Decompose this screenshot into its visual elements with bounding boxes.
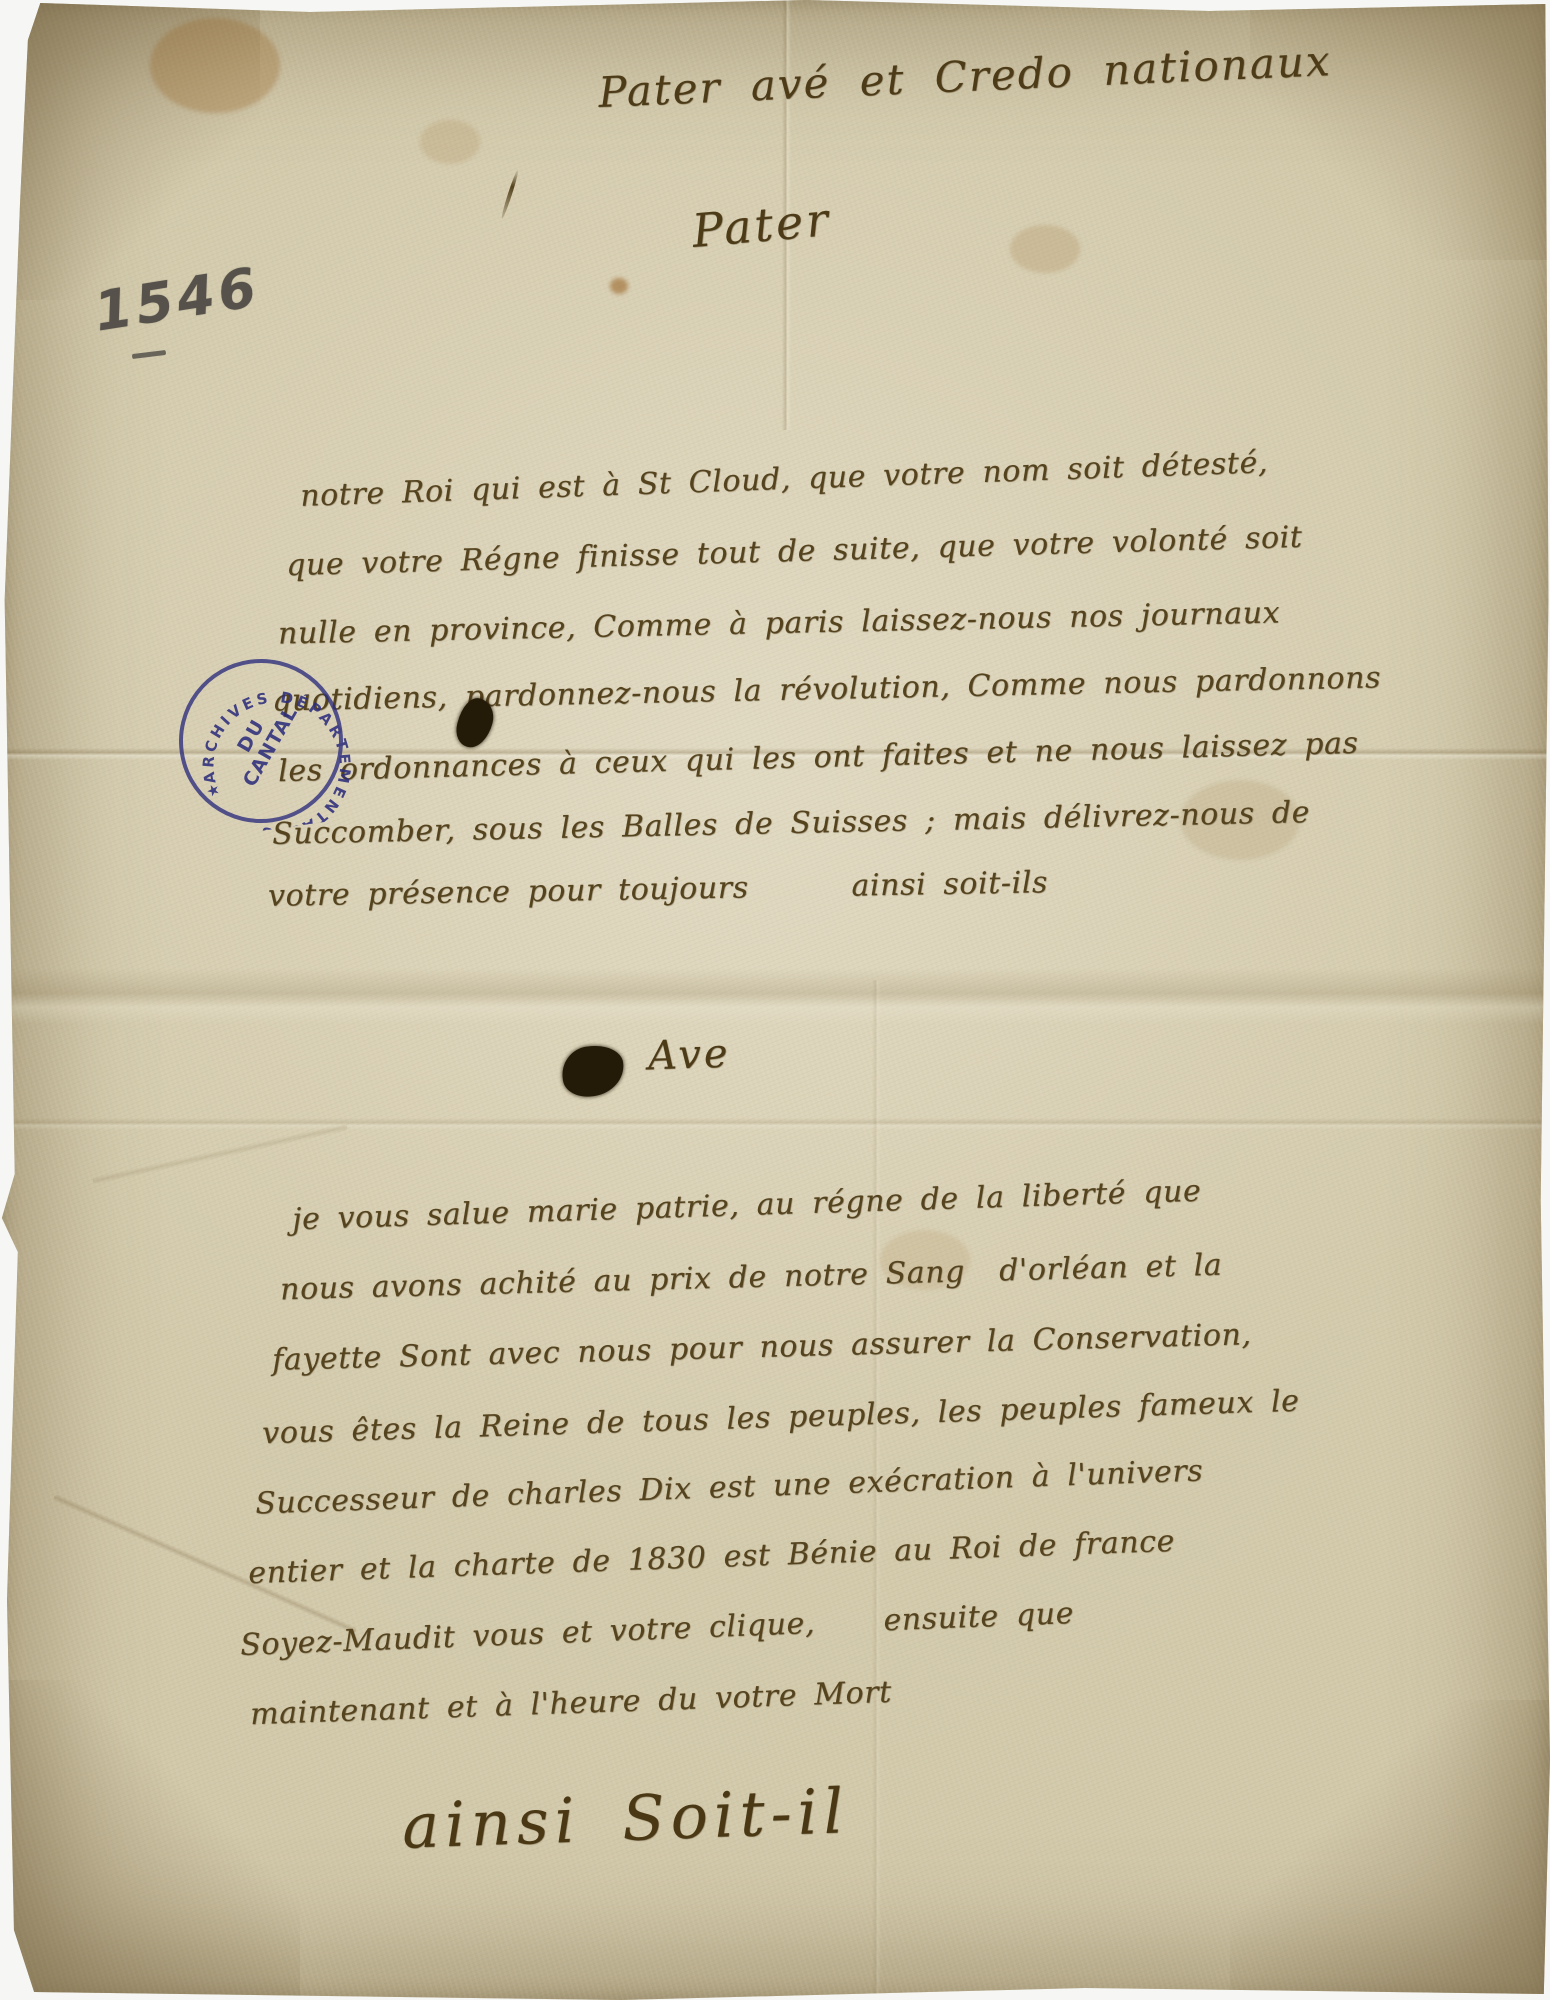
stain xyxy=(420,120,480,164)
paper-sheet: 1546 Pater avé et Credo nationaux Pater … xyxy=(0,0,1550,2000)
handwritten-line: fayette Sont avec nous pour nous assurer… xyxy=(272,1317,1252,1378)
handwritten-line: nous avons achité au prix de notre Sang … xyxy=(280,1248,1223,1308)
document-title: Pater avé et Credo nationaux xyxy=(597,36,1332,117)
archive-stamp: ARCHIVES DÉPARTEMENTALES ★ DU CANTAL xyxy=(160,640,361,841)
archive-number-pencil: 1546 xyxy=(90,255,264,343)
scanned-letter-photo: 1546 Pater avé et Credo nationaux Pater … xyxy=(0,0,1550,2000)
fold-crease xyxy=(0,968,1550,1024)
handwritten-line: je vous salue marie patrie, au régne de … xyxy=(292,1174,1202,1238)
handwritten-line: quotidiens, pardonnez-nous la révolution… xyxy=(272,660,1382,718)
handwritten-line: entier et la charte de 1830 est Bénie au… xyxy=(248,1524,1176,1591)
fold-crease xyxy=(0,1118,1550,1130)
pater-heading: Pater xyxy=(690,192,833,258)
handwritten-line: notre Roi qui est à St Cloud, que votre … xyxy=(300,445,1269,514)
pencil-underline xyxy=(132,350,166,359)
handwritten-line: votre présence pour toujours ainsi soit-… xyxy=(268,865,1049,914)
handwritten-line: vous êtes la Reine de tous les peuples, … xyxy=(262,1384,1300,1452)
handwritten-line: nulle en province, Comme à paris laissez… xyxy=(278,596,1281,652)
fold-crease xyxy=(92,1123,348,1185)
stain xyxy=(1010,225,1080,273)
stain xyxy=(610,278,628,294)
pen-flourish xyxy=(500,169,520,220)
corner-shade xyxy=(1230,1700,1550,2000)
handwritten-line: Soyez-Maudit vous et votre clique, ensui… xyxy=(240,1596,1075,1663)
handwritten-line: Successeur de charles Dix est une exécra… xyxy=(255,1453,1204,1521)
stain xyxy=(150,18,280,113)
corner-shade xyxy=(0,0,260,300)
handwritten-line: Succomber, sous les Balles de Suisses ; … xyxy=(272,795,1311,852)
closing-line: ainsi Soit-il xyxy=(401,1774,851,1863)
ink-blot xyxy=(559,1042,627,1100)
handwritten-line: que votre Régne finisse tout de suite, q… xyxy=(286,520,1303,583)
handwritten-line: les ordonnances à ceux qui les ont faite… xyxy=(278,726,1359,789)
ave-heading: Ave xyxy=(647,1031,731,1080)
handwritten-line: maintenant et à l'heure du votre Mort xyxy=(250,1675,893,1732)
